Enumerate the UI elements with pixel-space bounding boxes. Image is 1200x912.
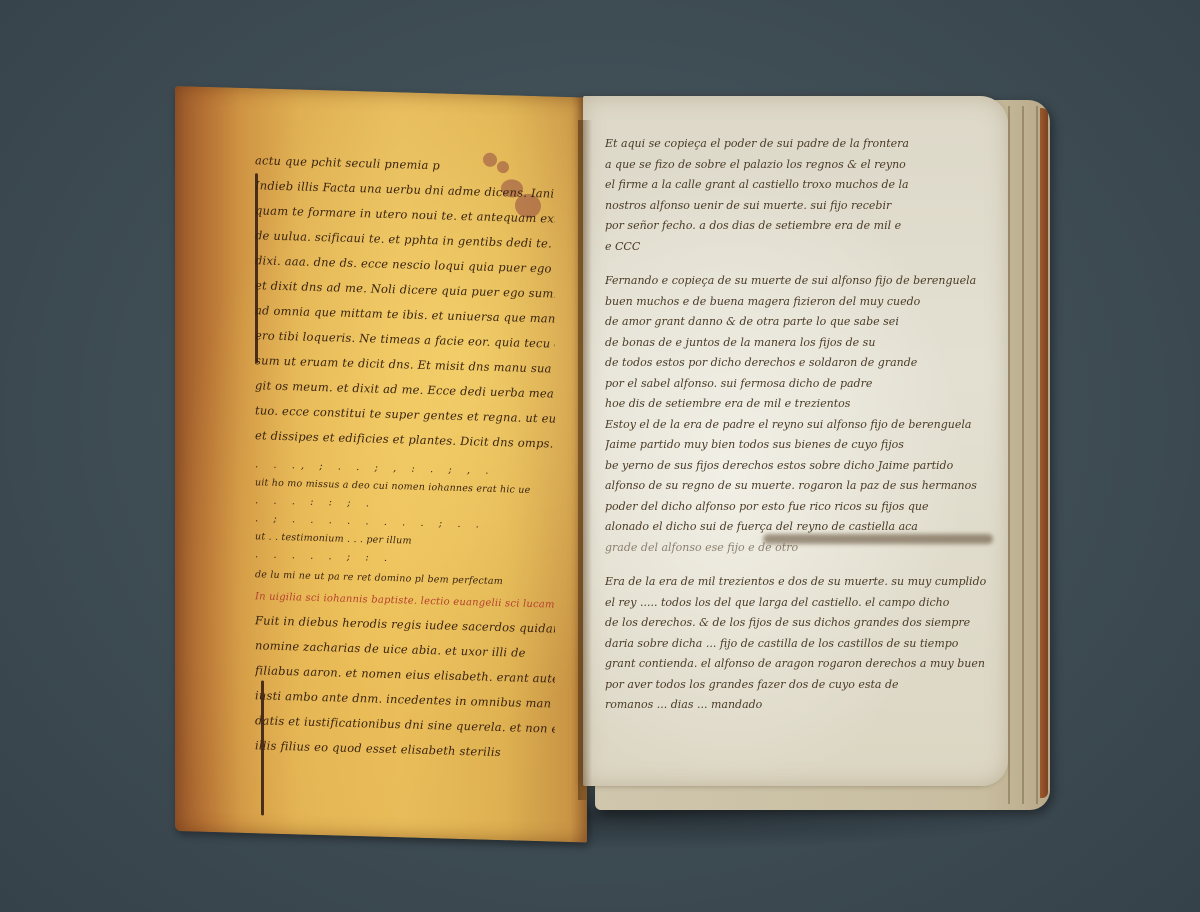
text-line: daria sobre dicha ... fijo de castilla d… — [605, 634, 995, 655]
text-line: buen muchos e de buena magera fizieron d… — [605, 292, 995, 313]
text-line: por el sabel alfonso. sui fermosa dicho … — [605, 374, 995, 395]
left-page-text: actu que pchit seculi pnemia p Indieb il… — [255, 148, 555, 766]
text-line: nostros alfonso uenir de sui muerte. sui… — [605, 196, 995, 217]
text-line: de bonas de e juntos de la manera los fi… — [605, 333, 995, 354]
right-page-parchment: Et aqui se copieça el poder de sui padre… — [583, 96, 1008, 786]
page-edge — [1008, 106, 1010, 804]
text-line: grant contienda. el alfonso de aragon ro… — [605, 654, 995, 675]
right-page-text: Et aqui se copieça el poder de sui padre… — [605, 134, 995, 716]
text-line: poder del dicho alfonso por esto fue ric… — [605, 497, 995, 518]
text-line: hoe dis de setiembre era de mil e trezie… — [605, 394, 995, 415]
page-edge — [1022, 106, 1024, 804]
text-line: de los derechos. & de los fijos de sus d… — [605, 613, 995, 634]
text-line: e CCC — [605, 237, 995, 258]
text-line: de amor grant danno & de otra parte lo q… — [605, 312, 995, 333]
text-line: alonado el dicho sui de fuerça del reyno… — [605, 517, 995, 538]
text-line: a que se fizo de sobre el palazio los re… — [605, 155, 995, 176]
left-page-parchment: actu que pchit seculi pnemia p Indieb il… — [175, 86, 587, 843]
text-line: alfonso de su regno de su muerte. rogaro… — [605, 476, 995, 497]
book-gutter — [578, 120, 592, 800]
text-line: el rey ..... todos los del que larga del… — [605, 593, 995, 614]
text-line: Estoy el de la era de padre el reyno sui… — [605, 415, 995, 436]
text-line: Jaime partido muy bien todos sus bienes … — [605, 435, 995, 456]
text-line: por aver todos los grandes fazer dos de … — [605, 675, 995, 696]
text-line: Fernando e copieça de su muerte de sui a… — [605, 271, 995, 292]
text-line: romanos ... dias ... mandado — [605, 695, 995, 716]
text-line: be yerno de sus fijos derechos estos sob… — [605, 456, 995, 477]
page-edge — [1036, 106, 1038, 804]
text-line: de todos estos por dicho derechos e sold… — [605, 353, 995, 374]
text-line: Era de la era de mil trezientos e dos de… — [605, 572, 995, 593]
text-line: por señor fecho. a dos dias de setiembre… — [605, 216, 995, 237]
text-line: Et aqui se copieça el poder de sui padre… — [605, 134, 995, 155]
leather-cover-edge — [1040, 108, 1048, 798]
text-line: el firme a la calle grant al castiello t… — [605, 175, 995, 196]
text-line: grade del alfonso ese fijo e de otro — [605, 538, 995, 559]
